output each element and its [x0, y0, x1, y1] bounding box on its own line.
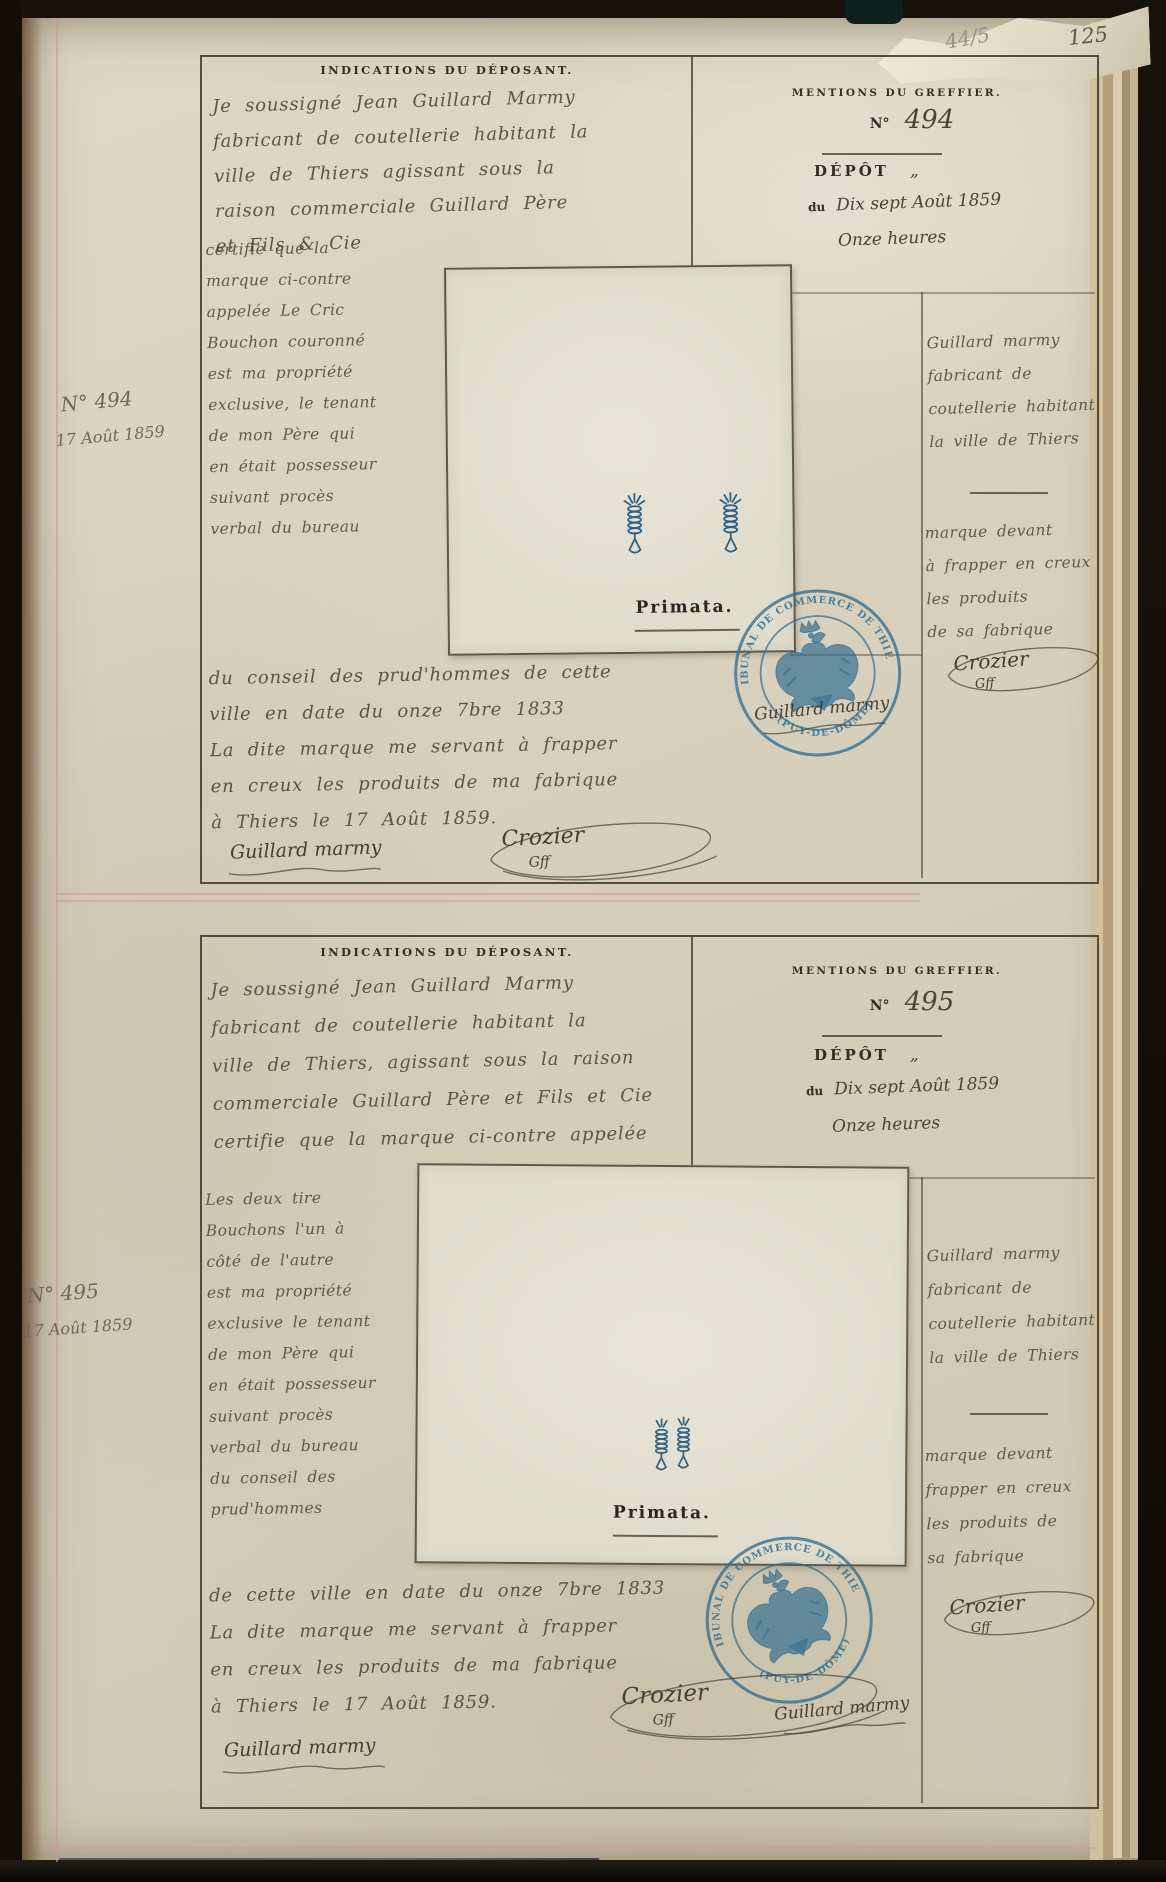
- margin-annotation: N° 494 17 Août 1859: [60, 384, 166, 450]
- greffier-note-line: les produits: [926, 579, 1099, 616]
- greffier-header: MENTIONS DU GREFFIER.: [702, 965, 1092, 977]
- side-line: de mon Père qui: [208, 1336, 419, 1371]
- greffier-notes-bottom: marque devant à frapper en creux les pro…: [924, 513, 1099, 649]
- signature-flourish: [219, 1758, 389, 1780]
- depot-ditto: „: [910, 161, 919, 181]
- greffier-note-line: la ville de Thiers: [929, 422, 1098, 459]
- separator-dash: [970, 1413, 1048, 1415]
- greffier-notes-top: Guillard marmy fabricant de coutellerie …: [926, 323, 1097, 459]
- greffier-signature: Crozier Gff: [501, 823, 586, 872]
- page-edge-strip: [1103, 26, 1113, 1858]
- side-line: verbal du bureau: [209, 1429, 420, 1464]
- greffier-notes-bottom: marque devant frapper en creux les produ…: [924, 1435, 1100, 1575]
- court-stamp: TRIBUNAL DE COMMERCE DE THIERS (PUY-DE-D…: [716, 571, 921, 779]
- depot-hour: Onze heures: [832, 1113, 941, 1137]
- depot-date-row: du Dix sept Août 1859: [808, 190, 1002, 217]
- greffier-note-line: les produits de: [926, 1503, 1099, 1541]
- depositor-signature-text: Guillard marmy: [224, 1734, 376, 1761]
- side-line: Les deux tire: [205, 1181, 416, 1216]
- depot-label: DÉPÔT: [814, 162, 889, 180]
- depot-date-row: du Dix sept Août 1859: [806, 1074, 1000, 1101]
- side-text: certifie que la marque ci-contre appelée…: [205, 231, 448, 545]
- record-494: INDICATIONS DU DÉPOSANT. Je soussigné Je…: [200, 55, 1099, 884]
- depot-date: Dix sept Août 1859: [834, 1074, 1000, 1100]
- signature-flourish: [936, 633, 1110, 705]
- depot-row: DÉPÔT „: [814, 161, 919, 181]
- depositor-signature-text: Guillard marmy: [230, 836, 382, 863]
- gutter-shadow: [22, 18, 42, 1862]
- page-edge-strip: [1130, 24, 1138, 1858]
- primata-label: Primata.: [577, 1502, 747, 1523]
- side-line: suivant procès: [209, 1398, 420, 1433]
- side-line: marque ci-contre: [206, 262, 445, 297]
- column-divider: [691, 57, 693, 292]
- greffier-note-line: à frapper en creux: [925, 546, 1098, 583]
- greffier-side-signature: Crozier Gff: [949, 1590, 1027, 1637]
- photo-bottom-edge: [0, 1860, 1166, 1882]
- separator-dash: [970, 492, 1048, 494]
- signature-flourish: [472, 804, 726, 895]
- greffier-note-line: fabricant de: [927, 356, 1096, 393]
- side-line: est ma propriété: [207, 1274, 418, 1309]
- registration-number-row: N° 495: [747, 987, 1077, 1017]
- folio-page-number: 125: [1067, 22, 1109, 50]
- primata-underline: [613, 1535, 718, 1538]
- greffier-note-line: marque devant: [924, 513, 1097, 550]
- side-text: Les deux tire Bouchons l'un à côté de l'…: [205, 1181, 421, 1526]
- greffier-notes-top: Guillard marmy fabricant de coutellerie …: [926, 1235, 1098, 1375]
- register-photo: 44/5 125 N° 494 17 Août 1859 N° 495 17 A…: [0, 0, 1166, 1882]
- deposant-header: INDICATIONS DU DÉPOSANT.: [232, 63, 662, 77]
- signature-flourish: [225, 860, 385, 882]
- page-edge-strip: [1122, 28, 1130, 1856]
- greffier-side-signature: Crozier Gff: [953, 646, 1031, 693]
- page-edge-strip: [1113, 22, 1122, 1858]
- side-line: côté de l'autre: [206, 1243, 417, 1278]
- side-line: est ma propriété: [207, 355, 446, 390]
- greffier-header: MENTIONS DU GREFFIER.: [702, 87, 1092, 99]
- greffier-note-line: Guillard marmy: [926, 323, 1095, 360]
- side-line: certifie que la: [205, 231, 444, 266]
- depositor-signature: Guillard marmy: [230, 836, 382, 863]
- greffier-note-line: coutellerie habitant: [928, 389, 1097, 426]
- greffier-note-line: Guillard marmy: [926, 1235, 1095, 1273]
- notes-column-divider: [921, 1177, 923, 1803]
- crowned-corkscrew-mark-icon: [671, 1413, 695, 1471]
- registration-number: 494: [905, 105, 955, 135]
- imperial-eagle-icon: [731, 1556, 842, 1671]
- side-line: Bouchon couronné: [207, 324, 446, 359]
- crowned-corkscrew-mark-icon: [716, 489, 745, 555]
- side-line: en était possesseur: [208, 1367, 419, 1402]
- dark-cloth-fragment: [845, 0, 903, 24]
- margin-rule-vertical: [56, 18, 58, 1862]
- number-underline: [822, 1035, 942, 1037]
- registration-number-row: N° 494: [747, 105, 1077, 135]
- greffier-note-line: coutellerie habitant: [928, 1303, 1097, 1341]
- depot-row: DÉPÔT „: [814, 1045, 919, 1065]
- declaration-text: Je soussigné Jean Guillard Marmy fabrica…: [210, 962, 692, 1162]
- depositor-signature: Guillard marmy: [224, 1734, 376, 1761]
- side-line: du conseil des: [210, 1460, 421, 1495]
- depot-date: Dix sept Août 1859: [836, 190, 1002, 216]
- depot-hour: Onze heures: [838, 227, 947, 251]
- greffier-signature: Crozier Gff: [621, 1680, 710, 1730]
- greffier-note-line: fabricant de: [927, 1269, 1096, 1307]
- number-label: N°: [870, 998, 890, 1014]
- record-separator-rule: [56, 900, 920, 902]
- greffier-note-line: la ville de Thiers: [929, 1337, 1098, 1375]
- notes-column-divider: [921, 292, 923, 878]
- greffier-note-line: sa fabrique: [927, 1537, 1100, 1575]
- side-line: exclusive, le tenant: [208, 386, 447, 421]
- side-line: appelée Le Cric: [206, 293, 445, 328]
- record-495: INDICATIONS DU DÉPOSANT. Je soussigné Je…: [200, 935, 1099, 1809]
- registration-number: 495: [905, 987, 955, 1017]
- crowned-corkscrew-mark-icon: [620, 490, 649, 556]
- greffier-note-line: frapper en creux: [925, 1469, 1098, 1507]
- side-line: prud'hommes: [210, 1491, 421, 1526]
- number-label: N°: [870, 116, 890, 132]
- number-underline: [822, 153, 942, 155]
- depot-label: DÉPÔT: [814, 1046, 889, 1064]
- date-prefix: du: [808, 200, 826, 215]
- margin-annotation: N° 495 17 Août 1859: [26, 1276, 133, 1340]
- footer-rule: [40, 1847, 1095, 1849]
- crowned-corkscrew-mark-icon: [649, 1415, 673, 1473]
- side-line: en était possesseur: [209, 448, 448, 483]
- book-gutter: [0, 0, 22, 1882]
- side-line: suivant procès: [210, 479, 449, 514]
- date-prefix: du: [806, 1084, 824, 1099]
- depot-ditto: „: [910, 1045, 919, 1065]
- side-line: Bouchons l'un à: [206, 1212, 417, 1247]
- deposant-header: INDICATIONS DU DÉPOSANT.: [232, 945, 662, 959]
- signature-flourish: [932, 1577, 1106, 1649]
- side-line: de mon Père qui: [209, 417, 448, 452]
- greffier-note-line: marque devant: [924, 1435, 1097, 1473]
- side-line: verbal du bureau: [210, 510, 449, 545]
- side-line: exclusive le tenant: [207, 1305, 418, 1340]
